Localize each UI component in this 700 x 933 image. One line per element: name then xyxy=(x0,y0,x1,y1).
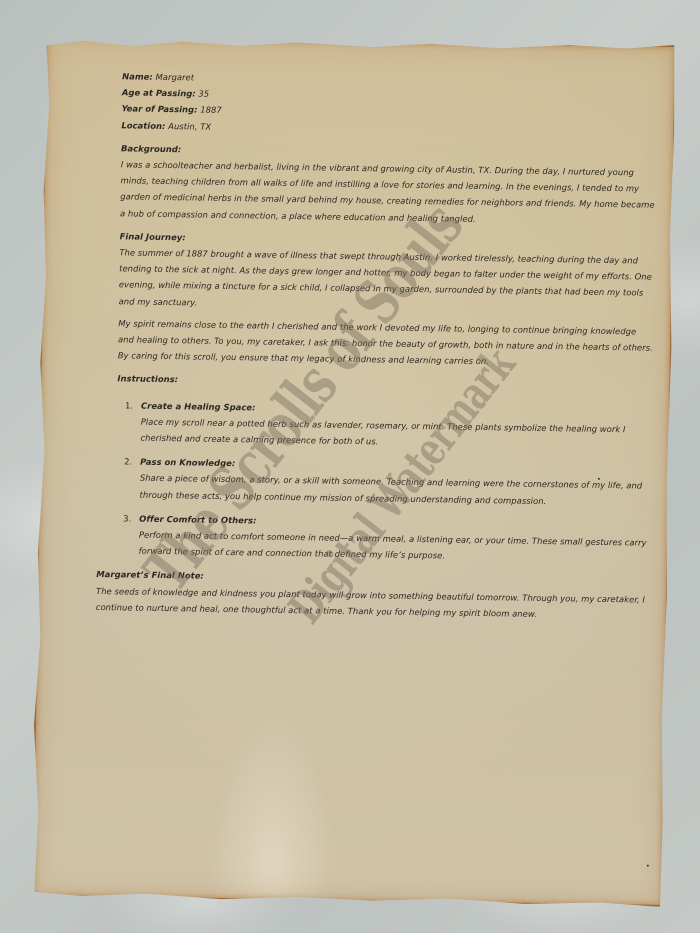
step-number: 1. xyxy=(125,397,133,413)
info-fields: Name: Margaret Age at Passing: 35 Year o… xyxy=(121,68,658,141)
scroll-content: Name: Margaret Age at Passing: 35 Year o… xyxy=(114,68,659,629)
instruction-step: 2. Pass on Knowledge: Share a piece of w… xyxy=(115,454,652,511)
background-text: I was a schoolteacher and herbalist, liv… xyxy=(120,156,657,229)
step-number: 2. xyxy=(124,454,132,470)
paper-speck xyxy=(647,865,649,867)
scroll-paper: Name: Margaret Age at Passing: 35 Year o… xyxy=(31,35,676,907)
field-value: Austin, TX xyxy=(165,121,211,132)
field-label: Name: xyxy=(122,71,153,81)
instructions-heading: Instructions: xyxy=(117,371,653,396)
step-number: 3. xyxy=(123,510,131,526)
field-label: Location: xyxy=(121,120,165,131)
field-value: 35 xyxy=(196,89,210,99)
step-text: Perform a kind act to comfort someone in… xyxy=(139,527,651,567)
field-label: Age at Passing: xyxy=(122,88,196,99)
paper-speck xyxy=(598,478,600,480)
field-value: 1887 xyxy=(197,105,221,115)
instruction-step: 3. Offer Comfort to Others: Perform a ki… xyxy=(115,510,652,567)
step-text: Place my scroll near a potted herb such … xyxy=(140,414,652,454)
step-text: Share a piece of wisdom, a story, or a s… xyxy=(139,470,651,510)
instructions-list: 1. Create a Healing Space: Place my scro… xyxy=(115,397,653,567)
field-label: Year of Passing: xyxy=(122,104,198,115)
final-journey-paragraph: My spirit remains close to the earth I c… xyxy=(118,315,655,372)
instruction-step: 1. Create a Healing Space: Place my scro… xyxy=(116,397,653,454)
field-value: Margaret xyxy=(153,72,194,83)
final-journey-paragraph: The summer of 1887 brought a wave of ill… xyxy=(119,244,656,317)
